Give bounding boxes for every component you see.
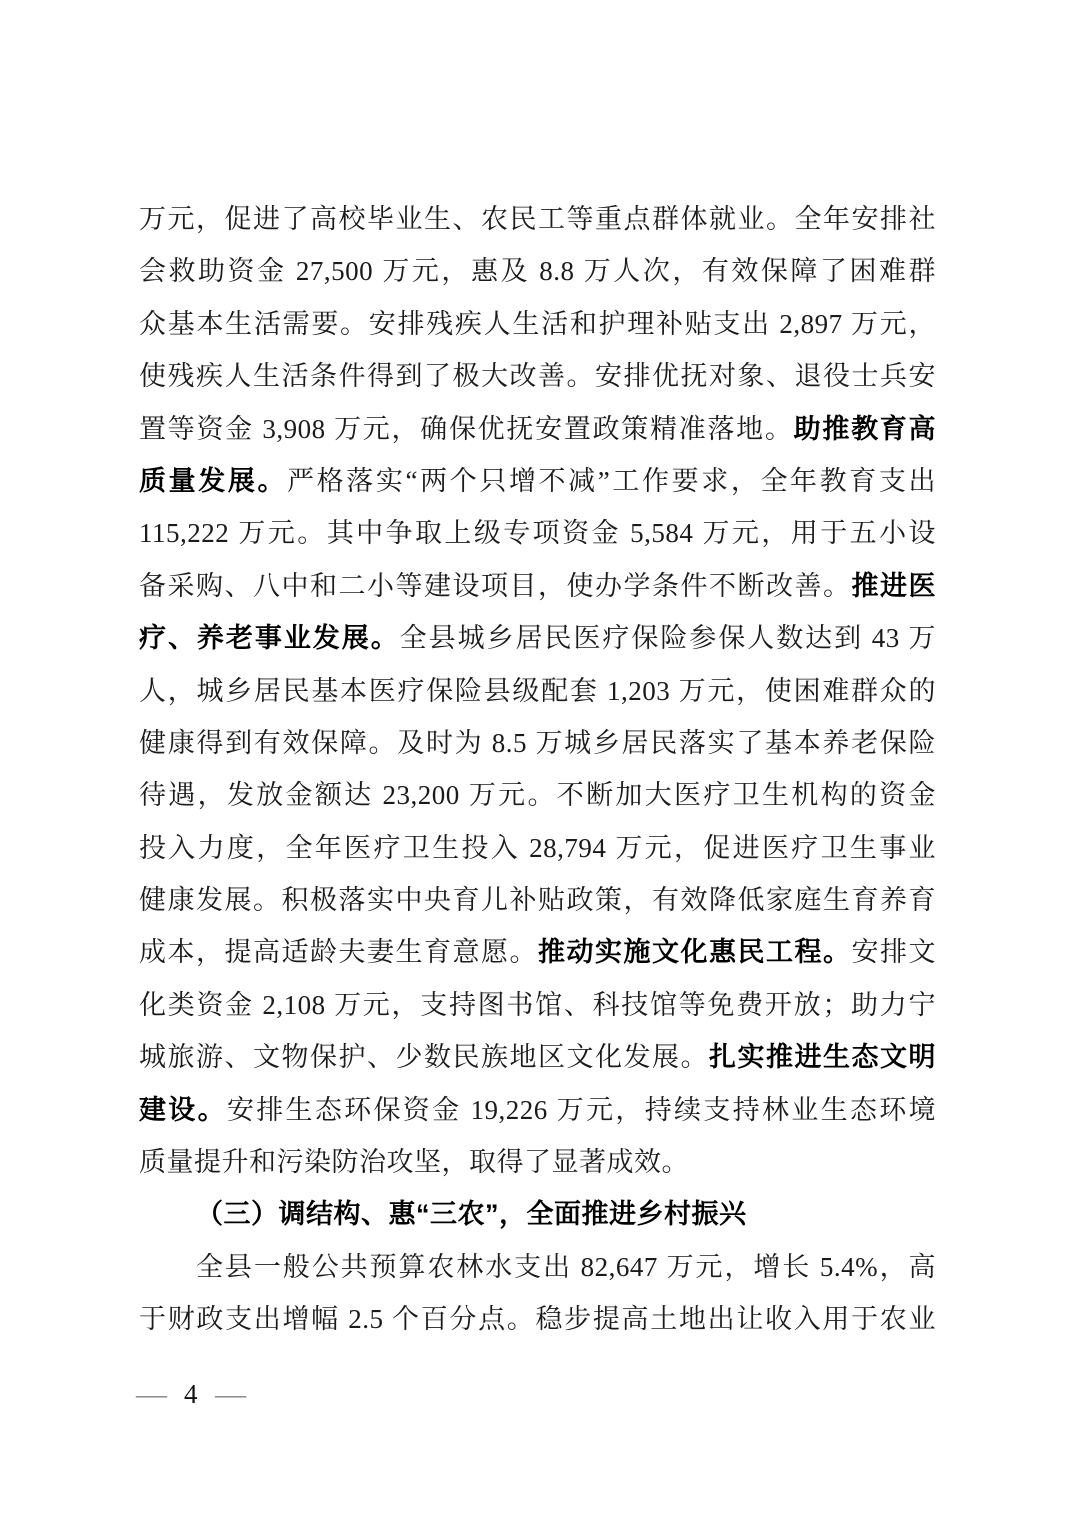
body-text: 安排文	[852, 937, 937, 967]
text-line: 使残疾人生活条件得到了极大改善。安排优抚对象、退役士兵安	[139, 350, 936, 402]
emphasis-text: 助推教育高	[794, 414, 936, 444]
body-text: 健康得到有效保障。及时为 8.5 万城乡居民落实了基本养老保险	[139, 728, 936, 758]
document-page: 万元，促进了高校毕业生、农民工等重点群体就业。全年安排社会救助资金 27,500…	[0, 0, 1074, 1520]
body-text: 使残疾人生活条件得到了极大改善。安排优抚对象、退役士兵安	[139, 361, 936, 391]
text-line: 115,222 万元。其中争取上级专项资金 5,584 万元，用于五小设	[139, 507, 936, 559]
emphasis-text: 疗、养老事业发展。	[139, 623, 400, 653]
body-text: 成本，提高适龄夫妻生育意愿。	[139, 937, 538, 967]
text-line: 待遇，发放金额达 23,200 万元。不断加大医疗卫生机构的资金	[139, 769, 936, 821]
text-line: 成本，提高适龄夫妻生育意愿。推动实施文化惠民工程。安排文	[139, 926, 936, 978]
body-text: 化类资金 2,108 万元，支持图书馆、科技馆等免费开放；助力宁	[139, 990, 936, 1020]
text-line: 健康发展。积极落实中央育儿补贴政策，有效降低家庭生育养育	[139, 874, 936, 926]
text-line: 备采购、八中和二小等建设项目，使办学条件不断改善。推进医	[139, 560, 936, 612]
text-line: 投入力度，全年医疗卫生投入 28,794 万元，促进医疗卫生事业	[139, 822, 936, 874]
body-text: 健康发展。积极落实中央育儿补贴政策，有效降低家庭生育养育	[139, 885, 936, 915]
text-line: 质量提升和污染防治攻坚，取得了显著成效。	[139, 1136, 936, 1188]
emphasis-text: （三）调结构、惠“三农”，全面推进乡村振兴	[196, 1199, 747, 1229]
text-line: 建设。安排生态环保资金 19,226 万元，持续支持林业生态环境	[139, 1084, 936, 1136]
text-line: 化类资金 2,108 万元，支持图书馆、科技馆等免费开放；助力宁	[139, 979, 936, 1031]
document-body: 万元，促进了高校毕业生、农民工等重点群体就业。全年安排社会救助资金 27,500…	[139, 193, 936, 1346]
emphasis-text: 扎实推进生态文明	[709, 1042, 936, 1072]
body-text: 安排生态环保资金 19,226 万元，持续支持林业生态环境	[227, 1095, 936, 1125]
page-footer: — 4 —	[138, 1374, 244, 1414]
body-text: 质量提升和污染防治攻坚，取得了显著成效。	[139, 1147, 689, 1177]
body-text: 备采购、八中和二小等建设项目，使办学条件不断改善。	[139, 571, 852, 601]
emphasis-text: 质量发展。	[139, 466, 287, 496]
body-text: 投入力度，全年医疗卫生投入 28,794 万元，促进医疗卫生事业	[139, 833, 936, 863]
emphasis-text: 建设。	[139, 1095, 227, 1125]
text-line: 众基本生活需要。安排残疾人生活和护理补贴支出 2,897 万元，	[139, 298, 936, 350]
text-line: 疗、养老事业发展。全县城乡居民医疗保险参保人数达到 43 万	[139, 612, 936, 664]
footer-dash-right: —	[214, 1379, 245, 1410]
body-text: 会救助资金 27,500 万元，惠及 8.8 万人次，有效保障了困难群	[139, 256, 936, 286]
footer-dash-left: —	[136, 1379, 167, 1410]
body-text: 城旅游、文物保护、少数民族地区文化发展。	[139, 1042, 709, 1072]
text-line: 于财政支出增幅 2.5 个百分点。稳步提高土地出让收入用于农业	[139, 1293, 936, 1345]
body-text: 全县城乡居民医疗保险参保人数达到 43 万	[400, 623, 936, 653]
emphasis-text: 推动实施文化惠民工程。	[538, 937, 852, 967]
body-text: 于财政支出增幅 2.5 个百分点。稳步提高土地出让收入用于农业	[139, 1304, 936, 1334]
page-number: 4	[184, 1379, 198, 1410]
emphasis-text: 推进医	[852, 571, 937, 601]
body-text: 众基本生活需要。安排残疾人生活和护理补贴支出 2,897 万元，	[139, 309, 936, 339]
text-line: 全县一般公共预算农林水支出 82,647 万元，增长 5.4%，高	[139, 1241, 936, 1293]
text-line: 健康得到有效保障。及时为 8.5 万城乡居民落实了基本养老保险	[139, 717, 936, 769]
text-line: 质量发展。严格落实“两个只增不减”工作要求，全年教育支出	[139, 455, 936, 507]
text-line: 人，城乡居民基本医疗保险县级配套 1,203 万元，使困难群众的	[139, 665, 936, 717]
text-line: 会救助资金 27,500 万元，惠及 8.8 万人次，有效保障了困难群	[139, 245, 936, 297]
section-heading: （三）调结构、惠“三农”，全面推进乡村振兴	[139, 1188, 936, 1240]
body-text: 全县一般公共预算农林水支出 82,647 万元，增长 5.4%，高	[196, 1252, 936, 1282]
body-text: 置等资金 3,908 万元，确保优抚安置政策精准落地。	[139, 414, 794, 444]
body-text: 人，城乡居民基本医疗保险县级配套 1,203 万元，使困难群众的	[139, 676, 936, 706]
body-text: 严格落实“两个只增不减”工作要求，全年教育支出	[287, 466, 936, 496]
text-line: 置等资金 3,908 万元，确保优抚安置政策精准落地。助推教育高	[139, 403, 936, 455]
body-text: 待遇，发放金额达 23,200 万元。不断加大医疗卫生机构的资金	[139, 780, 936, 810]
body-text: 万元，促进了高校毕业生、农民工等重点群体就业。全年安排社	[139, 204, 936, 234]
body-text: 115,222 万元。其中争取上级专项资金 5,584 万元，用于五小设	[139, 518, 936, 548]
text-line: 城旅游、文物保护、少数民族地区文化发展。扎实推进生态文明	[139, 1031, 936, 1083]
text-line: 万元，促进了高校毕业生、农民工等重点群体就业。全年安排社	[139, 193, 936, 245]
